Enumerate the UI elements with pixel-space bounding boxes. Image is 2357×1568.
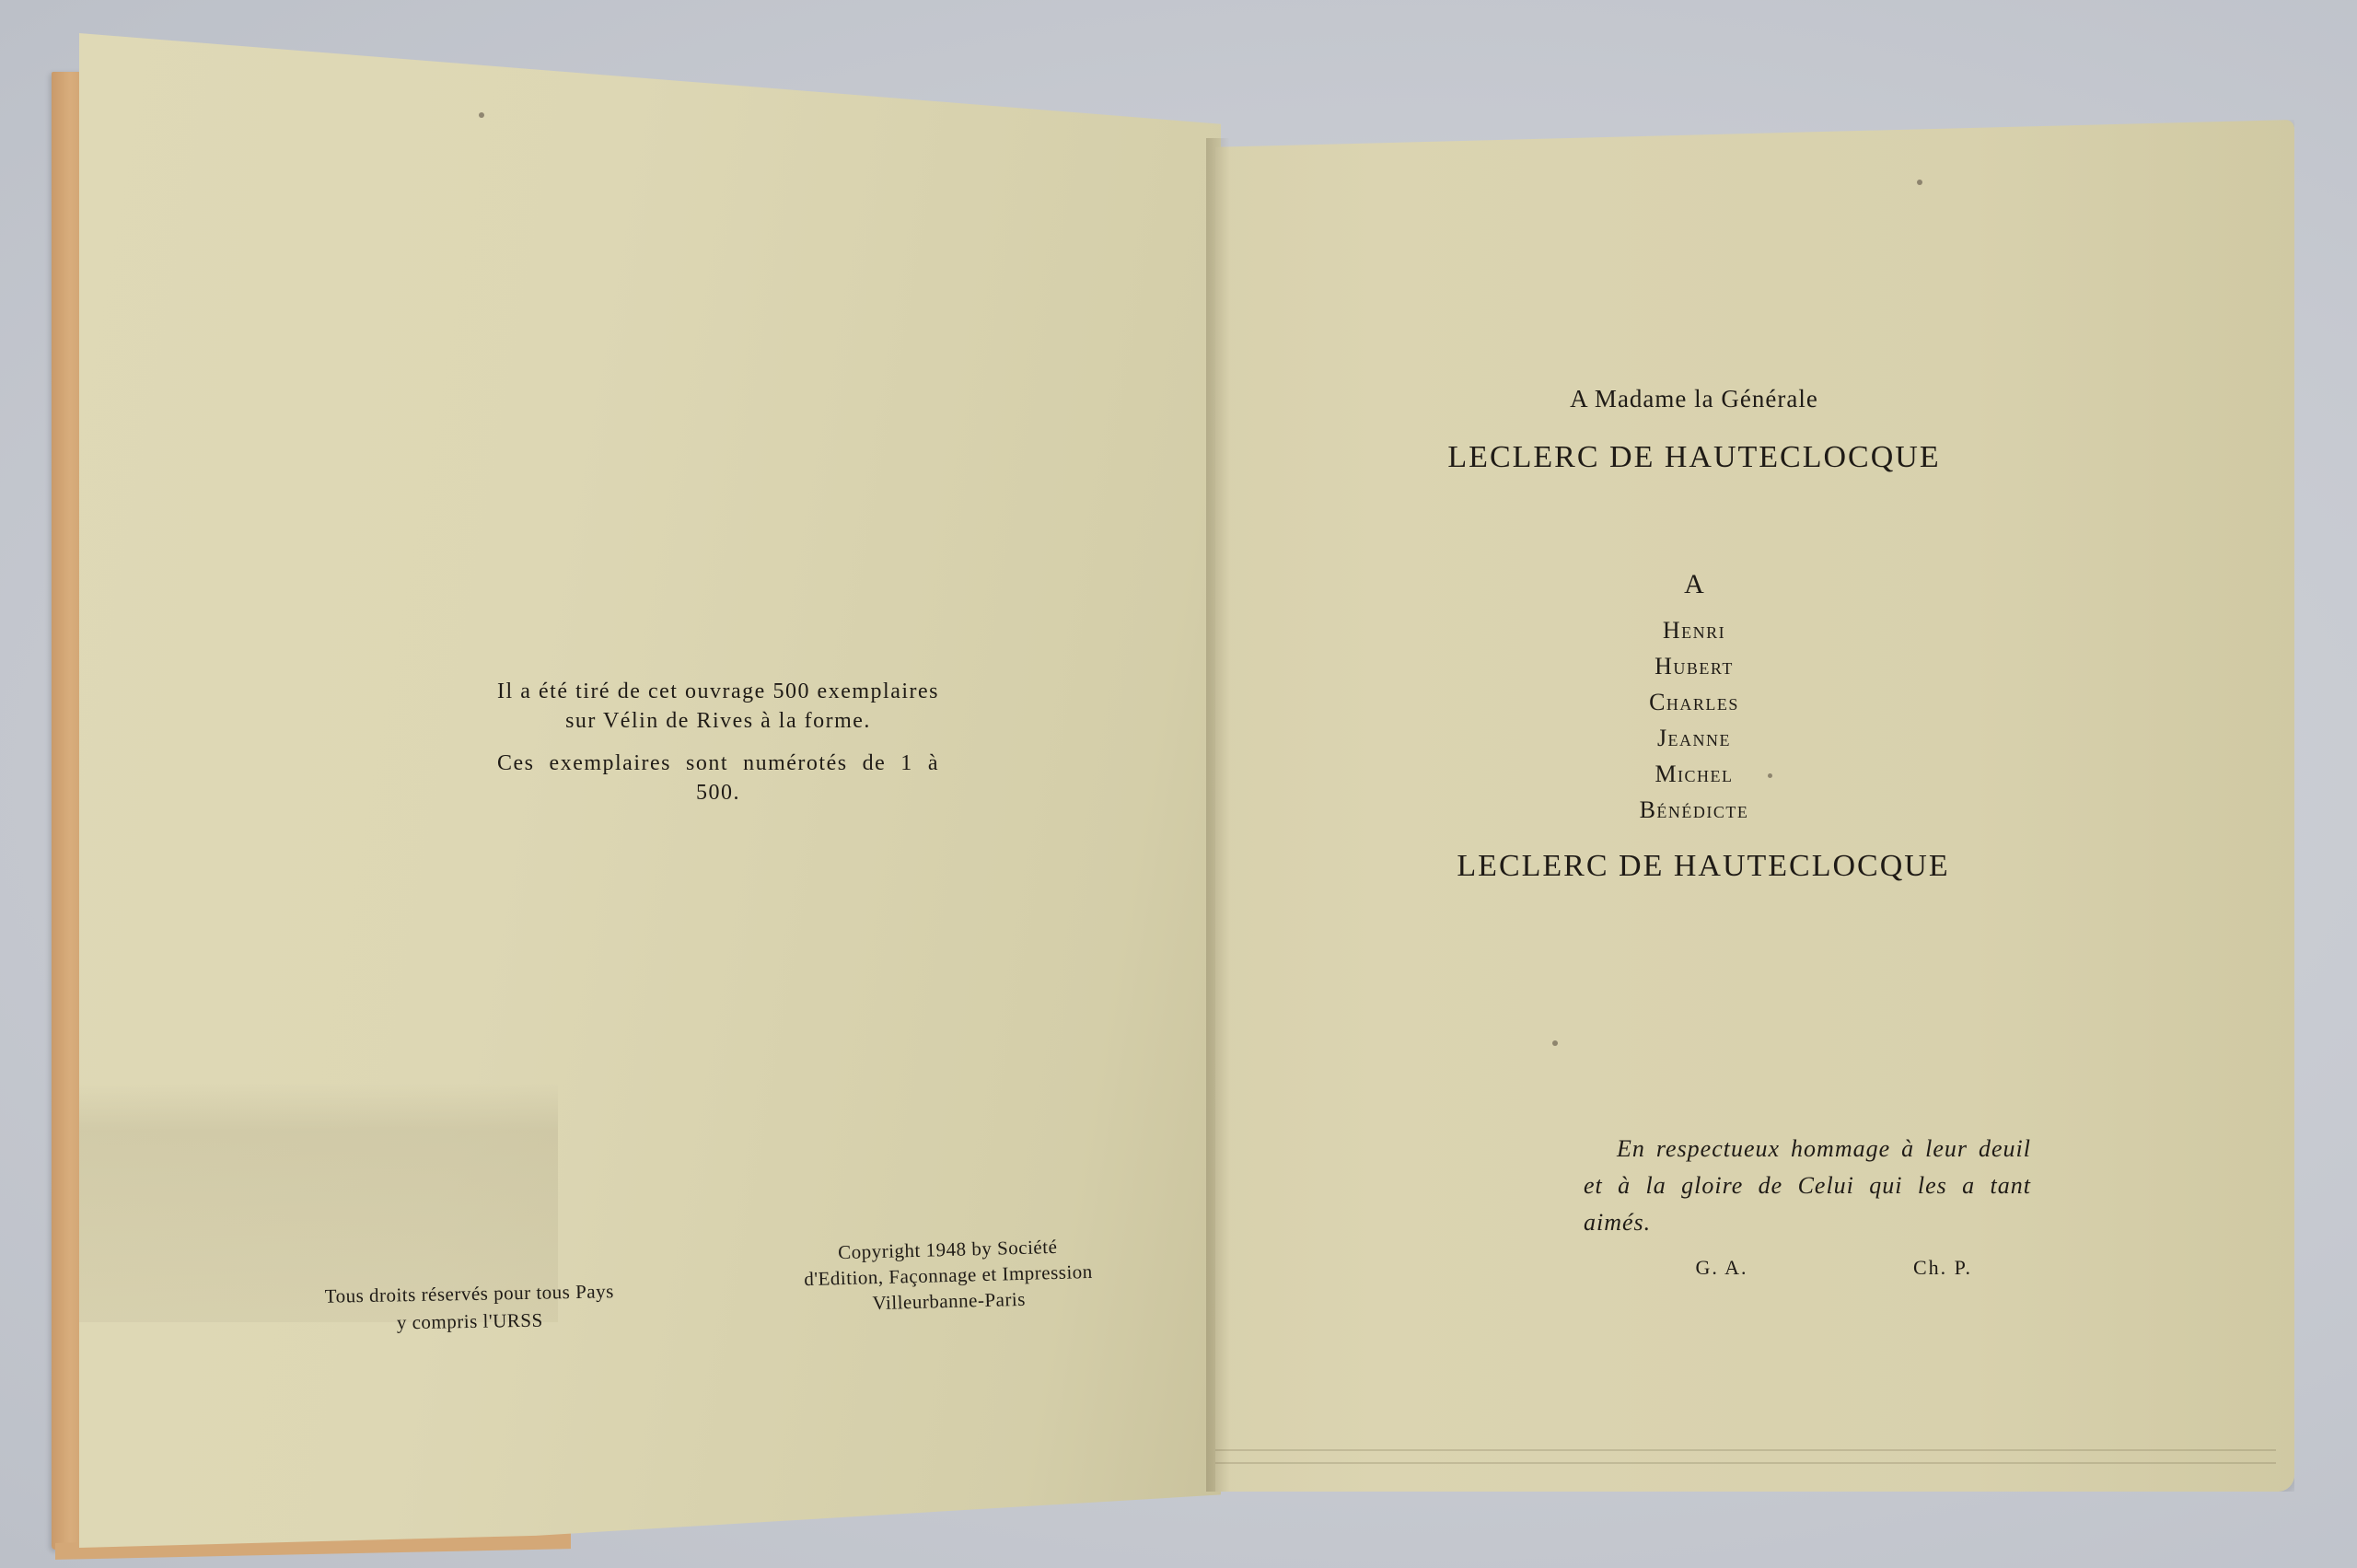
dedication-to-letter: A bbox=[1657, 569, 1731, 600]
paper-speck bbox=[1552, 1040, 1558, 1046]
signature-initials: G. A. bbox=[1676, 1256, 1768, 1280]
page-edge-line bbox=[1215, 1462, 2276, 1464]
copyright-notice: Copyright 1948 by Société d'Edition, Faç… bbox=[763, 1232, 1133, 1318]
colophon: Il a été tiré de cet ouvrage 500 exempla… bbox=[497, 677, 939, 820]
page-edge-line bbox=[1215, 1449, 2276, 1451]
child-name: Henri bbox=[1556, 612, 1832, 648]
dedication-surname-bottom: LECLERC DE HAUTECLOCQUE bbox=[1409, 849, 1998, 884]
children-list: Henri Hubert Charles Jeanne Michel Bénéd… bbox=[1556, 612, 1832, 828]
child-name: Charles bbox=[1556, 684, 1832, 720]
child-name: Michel bbox=[1556, 756, 1832, 792]
colophon-paragraph: Il a été tiré de cet ouvrage 500 exempla… bbox=[497, 677, 939, 736]
child-name: Bénédicte bbox=[1556, 792, 1832, 828]
dedication-intro: A Madame la Générale bbox=[1436, 385, 1952, 413]
book-gutter bbox=[1206, 138, 1230, 1492]
signature-initials: Ch. P. bbox=[1897, 1256, 1989, 1280]
dedication-surname-top: LECLERC DE HAUTECLOCQUE bbox=[1399, 440, 1989, 475]
rights-notice: Tous droits réservés pour tous Pays y co… bbox=[276, 1276, 664, 1338]
paper-speck bbox=[479, 112, 484, 118]
paper-speck bbox=[1917, 180, 1922, 185]
homage-paragraph: En respectueux hommage à leur deuil et à… bbox=[1584, 1131, 2031, 1241]
colophon-paragraph: Ces exemplaires sont numérotés de 1 à 50… bbox=[497, 749, 939, 807]
child-name: Hubert bbox=[1556, 648, 1832, 684]
child-name: Jeanne bbox=[1556, 720, 1832, 756]
homage-text: En respectueux hommage à leur deuil et à… bbox=[1584, 1131, 2031, 1241]
